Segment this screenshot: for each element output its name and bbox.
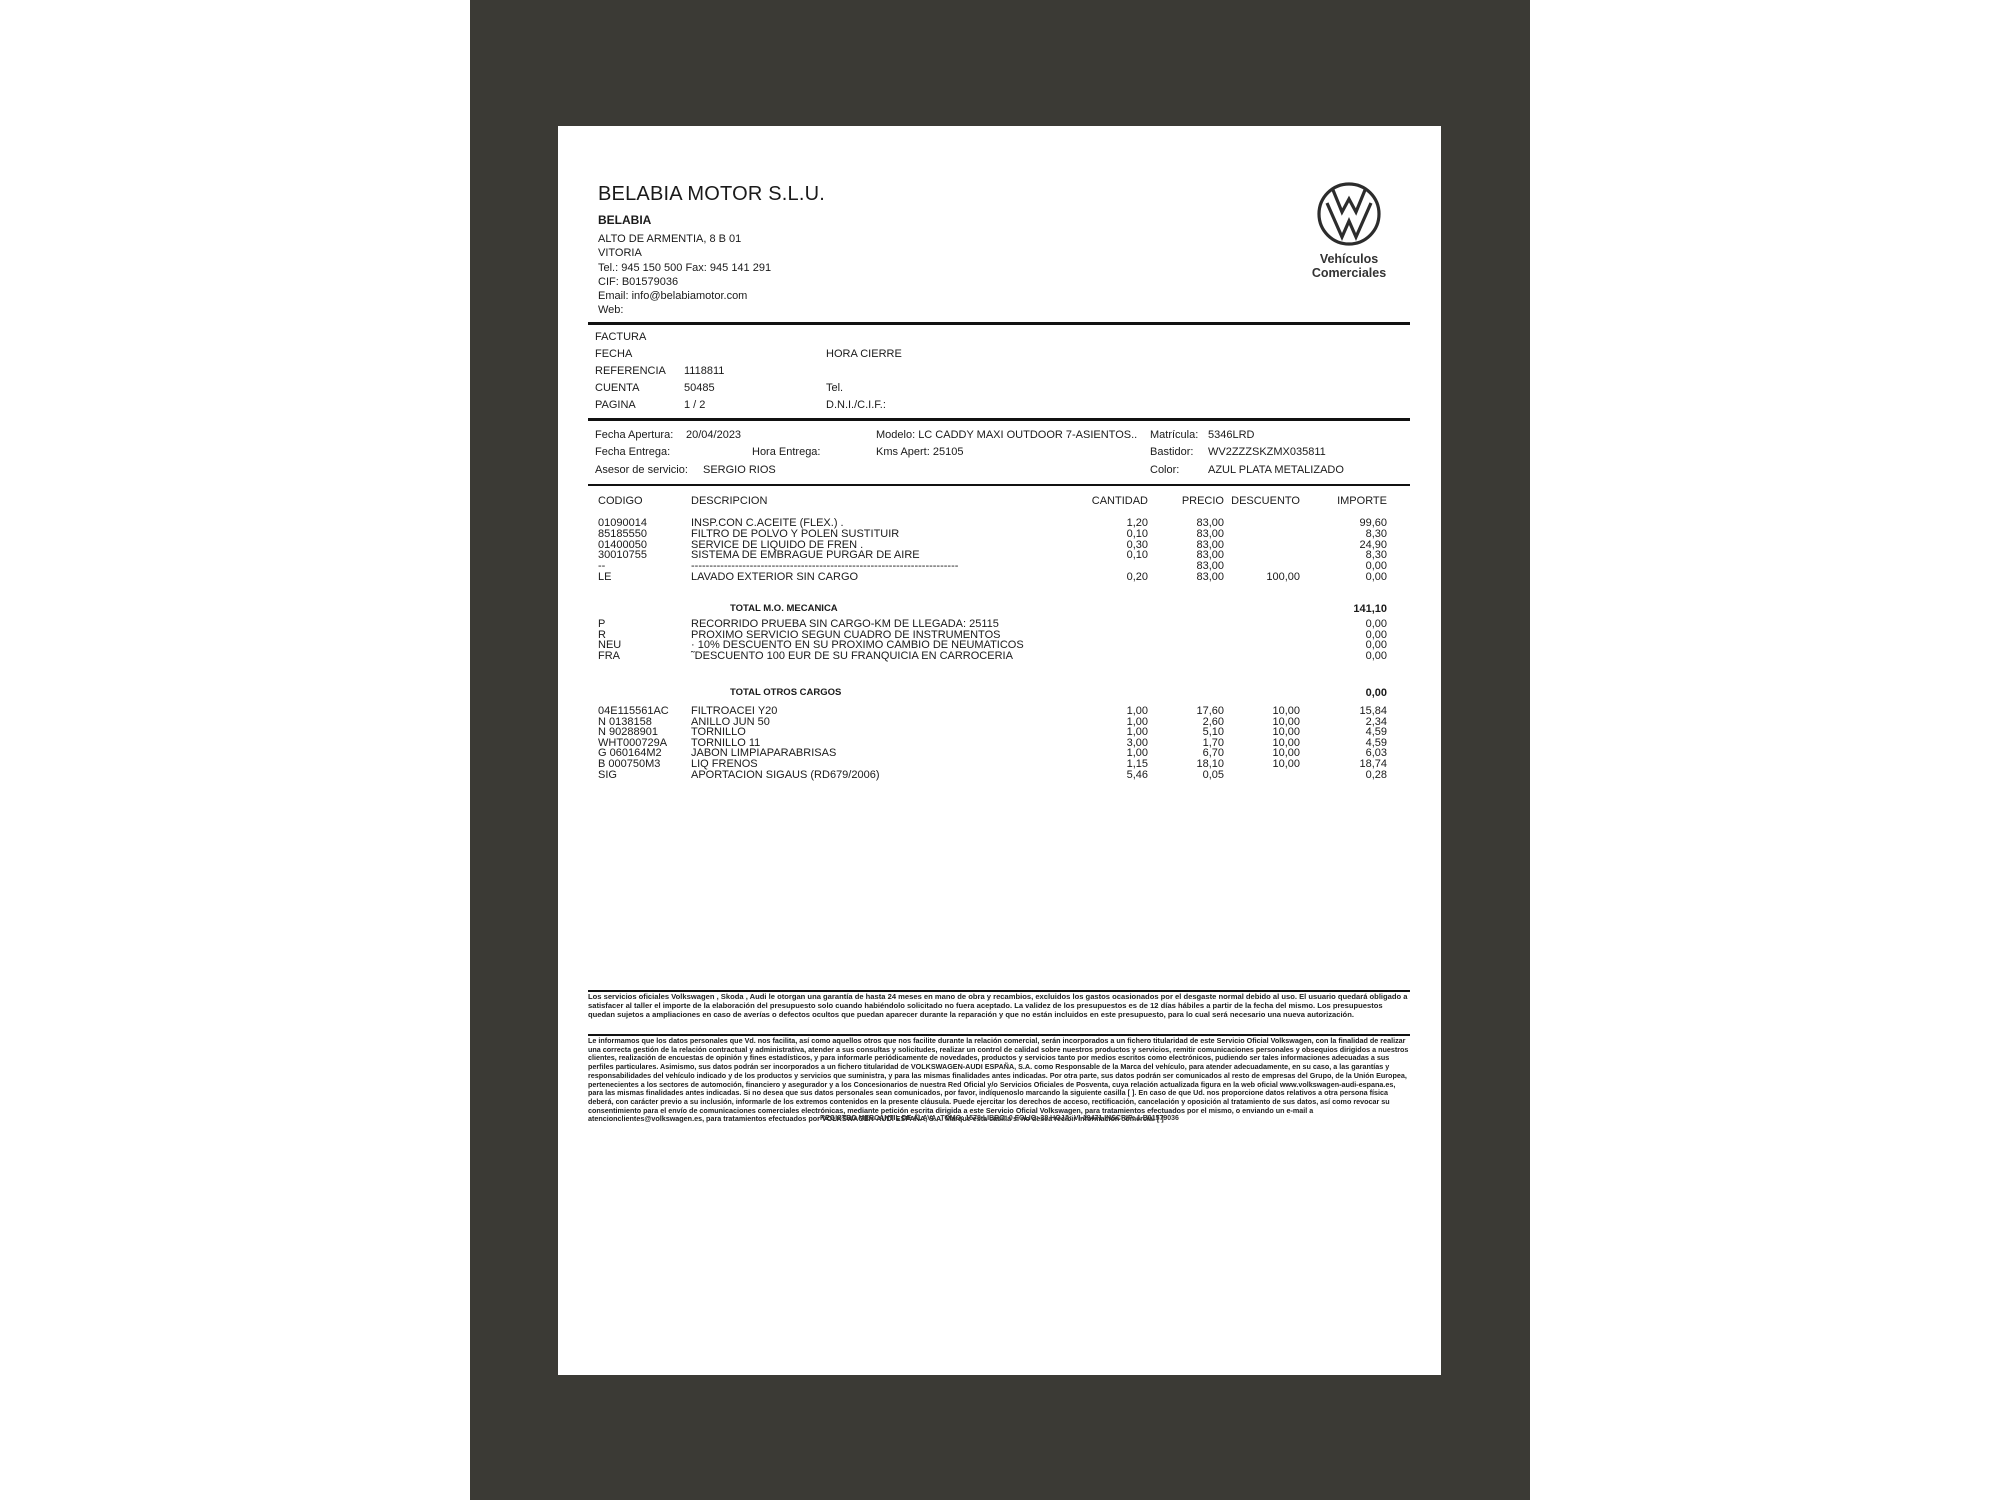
fecha-apertura-label: Fecha Apertura: (595, 429, 673, 441)
fecha-label: FECHA (595, 348, 632, 360)
labor-total-label: TOTAL M.O. MECANICA (730, 603, 838, 614)
divider (588, 322, 1410, 325)
table-row: FRA˜DESCUENTO 100 EUR DE SU FRANQUICIA E… (558, 650, 1441, 663)
cell-codigo: FRA (598, 650, 620, 662)
cell-cantidad: 0,20 (1127, 571, 1148, 583)
matricula-value: 5346LRD (1208, 429, 1254, 441)
other-total-label: TOTAL OTROS CARGOS (730, 687, 841, 698)
cell-importe: 0,00 (1366, 571, 1387, 583)
privacy-notice: Le informamos que los datos personales q… (588, 1037, 1410, 1124)
cell-descripcion: APORTACION SIGAUS (RD679/2006) (691, 769, 880, 781)
logo-line-2: Comerciales (1293, 266, 1405, 280)
col-descripcion: DESCRIPCION (691, 495, 767, 507)
registro-mercantil: REGISTRO MERCANTIL DE ÁLAVA, TOMO: 1578 … (558, 1115, 1441, 1122)
bastidor-value: WV2ZZZSKZMX035811 (1208, 446, 1326, 458)
referencia-label: REFERENCIA (595, 365, 666, 377)
cell-precio: 83,00 (1196, 571, 1224, 583)
company-address: ALTO DE ARMENTIA, 8 B 01 (598, 232, 771, 246)
company-city: VITORIA (598, 246, 771, 260)
fecha-entrega-label: Fecha Entrega: (595, 446, 670, 458)
cell-codigo: LE (598, 571, 611, 583)
col-descuento: DESCUENTO (1231, 495, 1300, 507)
cuenta-label: CUENTA (595, 382, 639, 394)
brand-logo: Vehículos Comerciales (1293, 181, 1405, 280)
table-row: SIGAPORTACION SIGAUS (RD679/2006)5,460,0… (558, 769, 1441, 782)
asesor-value: SERGIO RIOS (703, 464, 776, 476)
cell-precio: 0,05 (1203, 769, 1224, 781)
cell-descripcion: LAVADO EXTERIOR SIN CARGO (691, 571, 858, 583)
cuenta-value: 50485 (684, 382, 715, 394)
matricula-label: Matrícula: (1150, 429, 1198, 441)
labor-total-value: 141,10 (1353, 603, 1387, 615)
logo-line-1: Vehículos (1293, 252, 1405, 266)
hora-entrega-label: Hora Entrega: (752, 446, 820, 458)
cell-descripcion: ˜DESCUENTO 100 EUR DE SU FRANQUICIA EN C… (691, 650, 1013, 662)
invoice-title: FACTURA (595, 331, 646, 343)
bastidor-label: Bastidor: (1150, 446, 1193, 458)
col-precio: PRECIO (1182, 495, 1224, 507)
company-cif: CIF: B01579036 (598, 275, 771, 289)
warranty-notice: Los servicios oficiales Volkswagen , Sko… (588, 992, 1410, 1020)
cell-cantidad: 5,46 (1127, 769, 1148, 781)
cell-importe: 0,28 (1366, 769, 1387, 781)
fecha-apertura-value: 20/04/2023 (686, 429, 741, 441)
pagina-label: PAGINA (595, 399, 636, 411)
color-value: AZUL PLATA METALIZADO (1208, 464, 1344, 476)
dni-cif-label: D.N.I./C.I.F.: (826, 399, 886, 411)
color-label: Color: (1150, 464, 1179, 476)
company-phone-fax: Tel.: 945 150 500 Fax: 945 141 291 (598, 261, 771, 275)
table-header: CODIGO DESCRIPCION CANTIDAD PRECIO DESCU… (558, 495, 1441, 508)
company-name: BELABIA MOTOR S.L.U. (598, 183, 825, 206)
tel-label: Tel. (826, 382, 843, 394)
company-email: Email: info@belabiamotor.com (598, 289, 771, 303)
pagina-value: 1 / 2 (684, 399, 705, 411)
company-web: Web: (598, 303, 771, 317)
other-total-row: TOTAL OTROS CARGOS 0,00 (558, 687, 1441, 700)
divider (588, 418, 1410, 421)
cell-importe: 0,00 (1366, 650, 1387, 662)
divider (588, 484, 1410, 486)
table-row: LELAVADO EXTERIOR SIN CARGO0,2083,00100,… (558, 571, 1441, 584)
labor-total-row: TOTAL M.O. MECANICA 141,10 (558, 603, 1441, 616)
col-codigo: CODIGO (598, 495, 643, 507)
company-contact: ALTO DE ARMENTIA, 8 B 01 VITORIA Tel.: 9… (598, 232, 771, 318)
invoice-page: BELABIA MOTOR S.L.U. BELABIA ALTO DE ARM… (558, 126, 1441, 1375)
col-importe: IMPORTE (1337, 495, 1387, 507)
col-cantidad: CANTIDAD (1092, 495, 1148, 507)
asesor-label: Asesor de servicio: (595, 464, 688, 476)
hora-cierre-label: HORA CIERRE (826, 348, 902, 360)
kms-apertura: Kms Apert: 25105 (876, 446, 963, 458)
cell-descuento: 100,00 (1266, 571, 1300, 583)
cell-codigo: SIG (598, 769, 617, 781)
company-brand: BELABIA (598, 213, 651, 227)
vw-logo-icon (1316, 181, 1382, 247)
referencia-value: 1118811 (684, 365, 724, 377)
other-total-value: 0,00 (1366, 687, 1387, 699)
modelo: Modelo: LC CADDY MAXI OUTDOOR 7-ASIENTOS… (876, 429, 1137, 441)
